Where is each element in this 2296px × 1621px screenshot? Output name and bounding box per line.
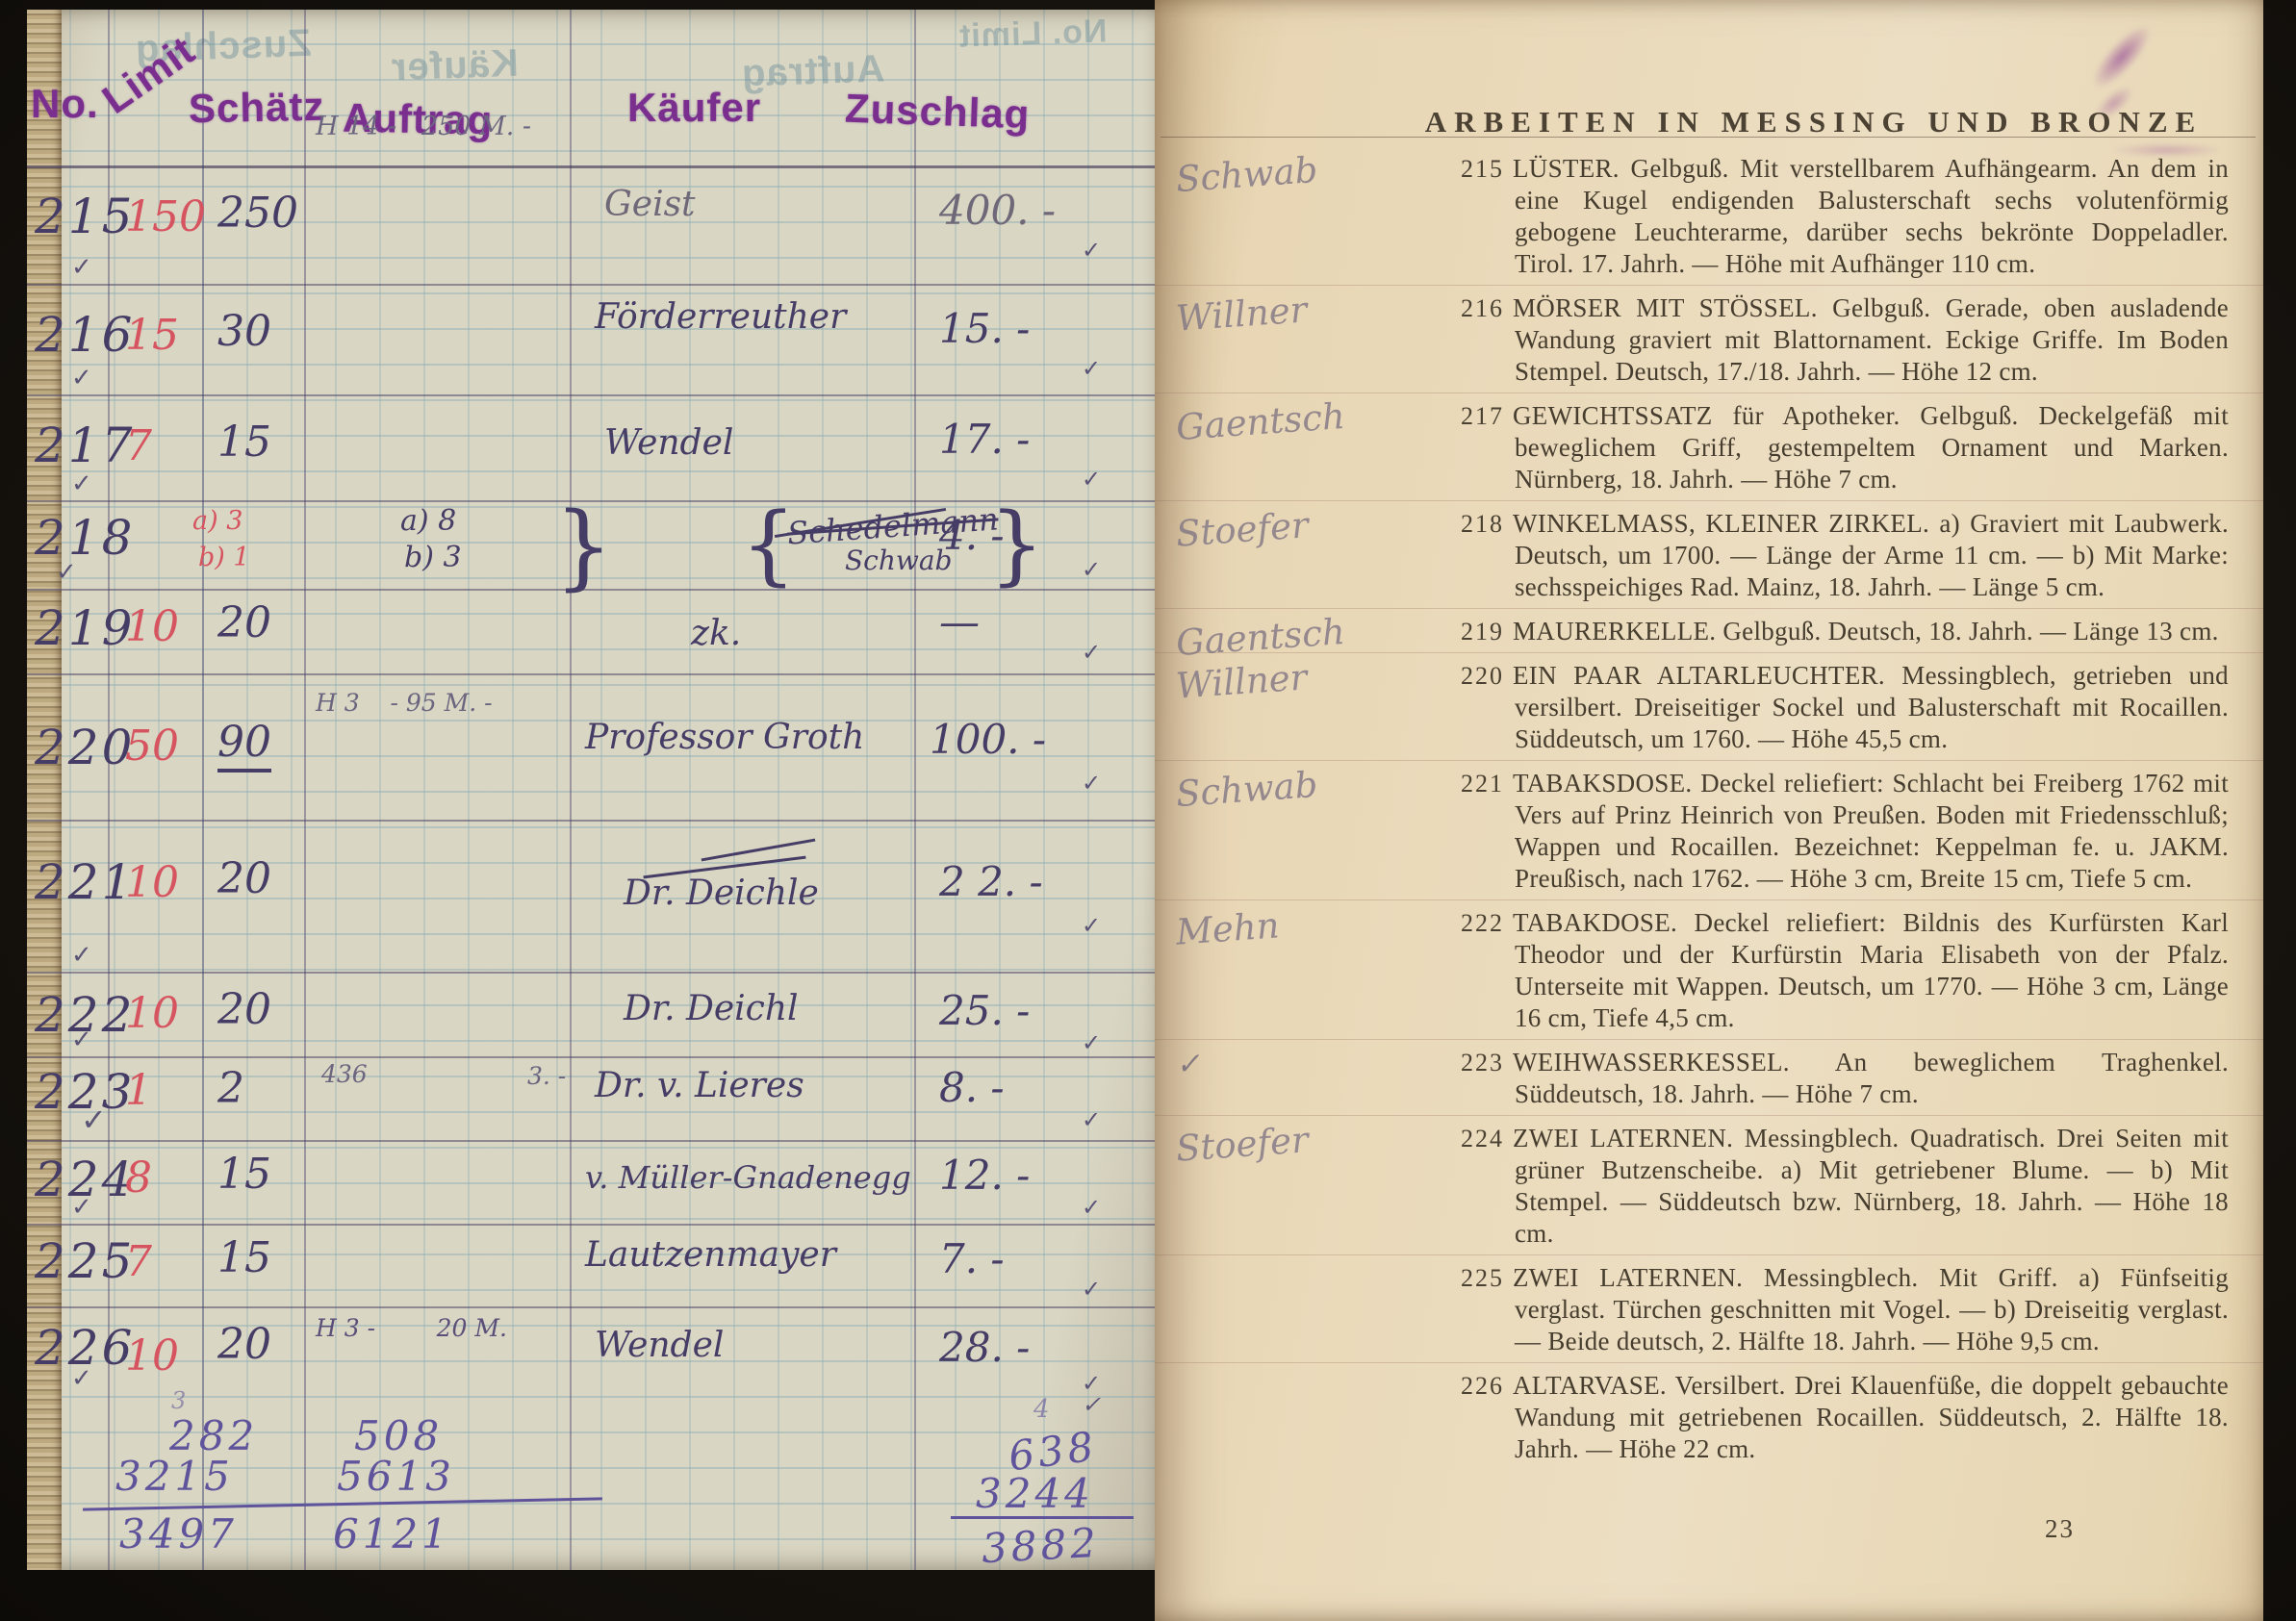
auftrag-note: H 3 - 95 M. - bbox=[316, 689, 493, 717]
buyer-name: Wendel bbox=[595, 1326, 922, 1365]
hammer-price: 2 2. - bbox=[939, 858, 1043, 905]
check-icon: ✓ bbox=[71, 1192, 92, 1222]
entry-number: 216 bbox=[1461, 292, 1503, 324]
entry-text: 220EIN PAAR ALTARLEUCHTER. Messingblech,… bbox=[1461, 660, 2229, 755]
margin-buyer-note: Schwab bbox=[1175, 149, 1319, 200]
sum-schaetz-total: 6121 bbox=[333, 1510, 451, 1558]
sum-limit-total: 3497 bbox=[119, 1510, 238, 1558]
page-number: 23 bbox=[2045, 1514, 2075, 1544]
check-icon: ✓ bbox=[71, 469, 92, 498]
entry-number: 220 bbox=[1461, 660, 1503, 692]
entry-text: 222TABAKDOSE. Deckel reliefiert: Bildnis… bbox=[1461, 907, 2229, 1034]
check-icon: ✓ bbox=[71, 252, 92, 282]
limit-value: 10 bbox=[125, 602, 179, 651]
entry-number: 217 bbox=[1461, 400, 1503, 432]
entry-description: ZWEI LATERNEN. Messingblech. Mit Griff. … bbox=[1513, 1263, 2229, 1355]
auftrag-note: 436 bbox=[321, 1060, 368, 1088]
ledger-row-223: 223 ✓ 1 2 436 3. - Dr. v. Lieres 8. - ✓ bbox=[27, 1056, 1155, 1140]
entry-number: 225 bbox=[1461, 1262, 1503, 1294]
margin-buyer-note: Stoefer bbox=[1175, 504, 1310, 554]
catalog-entry-226: 226ALTARVASE. Versilbert. Drei Klauenfüß… bbox=[1155, 1362, 2263, 1470]
estimate-value-b: b) 3 bbox=[404, 541, 462, 574]
ledger-row-224: 224 ✓ 8 15 v. Müller-Gnadenegg 12. - ✓ bbox=[27, 1140, 1155, 1224]
limit-value: 150 bbox=[125, 192, 206, 241]
catalog-entry-219: Gaentsch 219MAURERKELLE. Gelbguß. Deutsc… bbox=[1155, 608, 2263, 652]
estimate-value: 15 bbox=[217, 1150, 271, 1199]
ledger-row-217: 217 ✓ 7 15 Wendel 17. - ✓ bbox=[27, 394, 1155, 500]
limit-value-b: b) 1 bbox=[198, 543, 250, 572]
auction-book-photo: Zuschlag Käufer Auftrag No. Limit No. Li… bbox=[0, 0, 2296, 1621]
hammer-price: 28. - bbox=[939, 1324, 1030, 1371]
limit-value: 8 bbox=[125, 1153, 152, 1203]
lot-number: 215 bbox=[35, 189, 135, 244]
header-schaetz: Schätz bbox=[189, 84, 325, 132]
limit-value: 10 bbox=[125, 989, 179, 1038]
margin-buyer-note: Willner bbox=[1175, 289, 1309, 339]
entry-number: 219 bbox=[1461, 616, 1503, 647]
entry-description: MÖRSER MIT STÖSSEL. Gelbguß. Gerade, obe… bbox=[1513, 293, 2229, 386]
limit-value: 15 bbox=[125, 311, 179, 360]
header-zuschlag: Zuschlag bbox=[844, 86, 1031, 139]
entry-text: 224ZWEI LATERNEN. Messingblech. Quadrati… bbox=[1461, 1123, 2229, 1250]
entry-text: 216MÖRSER MIT STÖSSEL. Gelbguß. Gerade, … bbox=[1461, 292, 2229, 388]
entry-description: ALTARVASE. Versilbert. Drei Klauenfüße, … bbox=[1513, 1371, 2229, 1463]
catalog-entry-215: Schwab 215LÜSTER. Gelbguß. Mit verstellb… bbox=[1155, 146, 2263, 285]
buyer-name: Förderreuther bbox=[595, 297, 922, 337]
ledger-page: Zuschlag Käufer Auftrag No. Limit No. Li… bbox=[27, 10, 1155, 1570]
check-icon: ✓ bbox=[56, 557, 77, 587]
ledger-row-216: 216 ✓ 15 30 Förderreuther 15. - ✓ bbox=[27, 284, 1155, 394]
margin-buyer-note: Stoefer bbox=[1175, 1119, 1310, 1169]
auftrag-note: H 3 - 20 M. bbox=[316, 1314, 507, 1342]
auftrag-note-2: 3. - bbox=[527, 1062, 566, 1090]
ledger-row-225: 225 7 15 Lautzenmayer 7. - ✓ bbox=[27, 1224, 1155, 1306]
entry-description: WINKELMASS, KLEINER ZIRKEL. a) Graviert … bbox=[1513, 509, 2229, 601]
catalog-entry-218: Stoefer 218WINKELMASS, KLEINER ZIRKEL. a… bbox=[1155, 500, 2263, 608]
check-icon: ✓ bbox=[1082, 466, 1101, 494]
entry-number: 222 bbox=[1461, 907, 1503, 939]
hammer-price: 7. - bbox=[939, 1235, 1005, 1282]
limit-value-a: a) 3 bbox=[192, 506, 242, 536]
sum-schaetz-2: 5613 bbox=[337, 1453, 455, 1500]
sum-rule bbox=[951, 1516, 1134, 1519]
limit-value: 1 bbox=[125, 1066, 152, 1115]
buyer-name: Dr. v. Lieres bbox=[595, 1066, 922, 1105]
entry-description: MAURERKELLE. Gelbguß. Deutsch, 18. Jahrh… bbox=[1513, 617, 2219, 646]
entry-text: 217GEWICHTSSATZ für Apotheker. Gelbguß. … bbox=[1461, 400, 2229, 495]
limit-value: 7 bbox=[125, 1237, 152, 1286]
buyer-name: Schwab bbox=[845, 545, 952, 576]
check-icon: ✓ bbox=[1082, 1029, 1101, 1057]
hammer-price: 12. - bbox=[939, 1152, 1030, 1199]
hammer-price: 100. - bbox=[930, 716, 1046, 763]
entry-number: 221 bbox=[1461, 768, 1503, 799]
lot-number: 221 bbox=[35, 854, 135, 910]
check-icon: ✓ bbox=[1082, 1194, 1101, 1222]
header-no: No. bbox=[31, 81, 99, 127]
estimate-value: 20 bbox=[217, 598, 271, 647]
entry-number: 215 bbox=[1461, 153, 1503, 185]
check-icon: ✓ bbox=[1082, 1276, 1101, 1304]
bleedthrough-no-limit: No. Limit bbox=[957, 13, 1108, 55]
hammer-price: — bbox=[939, 598, 980, 646]
hammer-price: 4. - bbox=[939, 512, 1005, 559]
catalog-entry-225: 225ZWEI LATERNEN. Messingblech. Mit Grif… bbox=[1155, 1254, 2263, 1362]
lot-number: 220 bbox=[35, 720, 135, 775]
buyer-name: Lautzenmayer bbox=[585, 1235, 912, 1275]
header-kaeufer: Käufer bbox=[627, 85, 761, 131]
check-icon: ✓ bbox=[1082, 237, 1101, 265]
hammer-price: 8. - bbox=[939, 1064, 1005, 1111]
entry-text: 225ZWEI LATERNEN. Messingblech. Mit Grif… bbox=[1461, 1262, 2229, 1357]
ledger-row-218: 218 ✓ a) 3 b) 1 a) 8 b) 3 } { Schedelman… bbox=[27, 500, 1155, 589]
check-icon: ✓ bbox=[1082, 1391, 1105, 1418]
sum-limit-2: 3215 bbox=[115, 1453, 234, 1500]
limit-value: 10 bbox=[125, 858, 179, 907]
check-icon: ✓ bbox=[71, 1363, 92, 1393]
check-icon: ✓ bbox=[1082, 912, 1101, 940]
check-icon: ✓ bbox=[1082, 639, 1101, 667]
catalog-entry-224: Stoefer 224ZWEI LATERNEN. Messingblech. … bbox=[1155, 1115, 2263, 1254]
brace: } bbox=[554, 493, 613, 600]
catalog-page: ARBEITEN IN MESSING UND BRONZE Schwab 21… bbox=[1155, 0, 2263, 1621]
ledger-row-220: 220 50 90 H 3 - 95 M. - Professor Groth … bbox=[27, 673, 1155, 820]
estimate-value: 15 bbox=[217, 418, 271, 467]
hammer-price: 400. - bbox=[939, 187, 1056, 234]
ledger-row-215: 215 ✓ 150 250 Geist 400. - ✓ bbox=[27, 165, 1155, 284]
entry-text: 226ALTARVASE. Versilbert. Drei Klauenfüß… bbox=[1461, 1370, 2229, 1465]
entry-text: 223WEIHWASSERKESSEL. An beweglichem Trag… bbox=[1461, 1047, 2229, 1110]
lot-number: 218 bbox=[35, 510, 135, 566]
check-icon: ✓ bbox=[81, 1102, 107, 1138]
limit-value: 10 bbox=[125, 1331, 179, 1380]
entry-description: LÜSTER. Gelbguß. Mit verstellbarem Aufhä… bbox=[1513, 154, 2229, 278]
entry-description: TABAKDOSE. Deckel reliefiert: Bildnis de… bbox=[1513, 908, 2229, 1032]
check-icon: ✓ bbox=[71, 363, 92, 393]
check-icon: ✓ bbox=[1082, 556, 1101, 584]
entry-number: 226 bbox=[1461, 1370, 1503, 1402]
entry-text: 221TABAKSDOSE. Deckel reliefiert: Schlac… bbox=[1461, 768, 2229, 895]
catalog-entry-220: Willner 220EIN PAAR ALTARLEUCHTER. Messi… bbox=[1155, 652, 2263, 760]
catalog-entry-217: Gaentsch 217GEWICHTSSATZ für Apotheker. … bbox=[1155, 393, 2263, 500]
ledger-row-219: 219 10 20 zk. — ✓ bbox=[27, 589, 1155, 673]
entry-number: 223 bbox=[1461, 1047, 1503, 1078]
entry-number: 218 bbox=[1461, 508, 1503, 540]
check-icon: ✓ bbox=[1082, 355, 1101, 383]
lot-number: 216 bbox=[35, 307, 135, 363]
title-rule bbox=[1161, 137, 2256, 138]
entry-description: GEWICHTSSATZ für Apotheker. Gelbguß. Dec… bbox=[1513, 401, 2229, 494]
limit-value: 50 bbox=[125, 722, 179, 771]
hammer-price: 25. - bbox=[939, 987, 1030, 1034]
sum-zuschlag-2: 3244 bbox=[976, 1470, 1094, 1517]
entry-description: TABAKSDOSE. Deckel reliefiert: Schlacht … bbox=[1513, 769, 2229, 893]
ledger-row-222: 222 ✓ 10 20 Dr. Deichl 25. - ✓ bbox=[27, 972, 1155, 1056]
catalog-entry-221: Schwab 221TABAKSDOSE. Deckel reliefiert:… bbox=[1155, 760, 2263, 899]
margin-buyer-note: Gaentsch bbox=[1175, 395, 1346, 448]
check-icon: ✓ bbox=[71, 1025, 92, 1054]
estimate-value: 20 bbox=[217, 985, 271, 1034]
estimate-value: 30 bbox=[217, 307, 271, 356]
buyer-name: Wendel bbox=[604, 423, 931, 463]
ledger-row-226: 226 ✓ 10 3 20 H 3 - 20 M. Wendel 28. - ✓ bbox=[27, 1306, 1155, 1395]
margin-buyer-note: Schwab bbox=[1175, 764, 1319, 815]
catalog-entry-223: ✓ 223WEIHWASSERKESSEL. An beweglichem Tr… bbox=[1155, 1039, 2263, 1115]
entry-description: WEIHWASSERKESSEL. An beweglichem Traghen… bbox=[1513, 1048, 2229, 1108]
catalog-entry-216: Willner 216MÖRSER MIT STÖSSEL. Gelbguß. … bbox=[1155, 285, 2263, 393]
check-icon: ✓ bbox=[1082, 770, 1101, 798]
buyer-name: Geist bbox=[604, 185, 931, 224]
entry-text: 218WINKELMASS, KLEINER ZIRKEL. a) Gravie… bbox=[1461, 508, 2229, 603]
check-icon: ✓ bbox=[71, 940, 92, 970]
entry-text: 219MAURERKELLE. Gelbguß. Deutsch, 18. Ja… bbox=[1461, 616, 2229, 647]
hammer-price: 15. - bbox=[939, 305, 1030, 352]
hammer-price: 17. - bbox=[939, 416, 1030, 463]
lot-number: 217 bbox=[35, 418, 135, 473]
estimate-value: 250 bbox=[217, 189, 298, 238]
estimate-value-a: a) 8 bbox=[400, 504, 456, 538]
buyer-name: Professor Groth bbox=[585, 718, 912, 757]
margin-buyer-note: Willner bbox=[1175, 656, 1309, 706]
estimate-value: 20 bbox=[217, 854, 271, 903]
bleedthrough-kaeufer: Käufer bbox=[390, 42, 519, 90]
auftrag-note-215: H 14 - 250 M. - bbox=[316, 112, 531, 141]
catalog-entries: Schwab 215LÜSTER. Gelbguß. Mit verstellb… bbox=[1155, 146, 2263, 1470]
estimate-value: 90 bbox=[217, 718, 271, 773]
entry-description: EIN PAAR ALTARLEUCHTER. Messingblech, ge… bbox=[1513, 661, 2229, 753]
limit-value: 7 bbox=[125, 421, 152, 470]
buyer-name: v. Müller-Gnadenegg bbox=[585, 1159, 912, 1196]
estimate-value: 2 bbox=[217, 1064, 244, 1113]
margin-check-icon: ✓ bbox=[1175, 1047, 1202, 1082]
entry-description: ZWEI LATERNEN. Messingblech. Quadratisch… bbox=[1513, 1124, 2229, 1248]
buyer-name: Dr. Deichl bbox=[624, 989, 951, 1028]
margin-buyer-note: Mehn bbox=[1175, 904, 1281, 952]
entry-text: 215LÜSTER. Gelbguß. Mit verstellbarem Au… bbox=[1461, 153, 2229, 280]
carry-digit: 3 bbox=[171, 1387, 186, 1414]
lot-number: 219 bbox=[35, 600, 135, 656]
lot-number: 225 bbox=[35, 1233, 135, 1289]
catalog-section-title: ARBEITEN IN MESSING UND BRONZE bbox=[1395, 105, 2232, 139]
sum-zuschlag-total: 3882 bbox=[981, 1519, 1101, 1572]
estimate-value: 15 bbox=[217, 1233, 271, 1282]
carry-digit: 4 bbox=[1033, 1395, 1054, 1424]
estimate-value: 20 bbox=[217, 1320, 271, 1369]
buyer-name: Dr. Deichle bbox=[624, 874, 951, 913]
ledger-row-221: 221 ✓ 10 20 Dr. Deichle 2 2. - ✓ bbox=[27, 820, 1155, 972]
entry-number: 224 bbox=[1461, 1123, 1503, 1154]
check-icon: ✓ bbox=[1082, 1106, 1101, 1134]
catalog-entry-222: Mehn 222TABAKDOSE. Deckel reliefiert: Bi… bbox=[1155, 899, 2263, 1039]
